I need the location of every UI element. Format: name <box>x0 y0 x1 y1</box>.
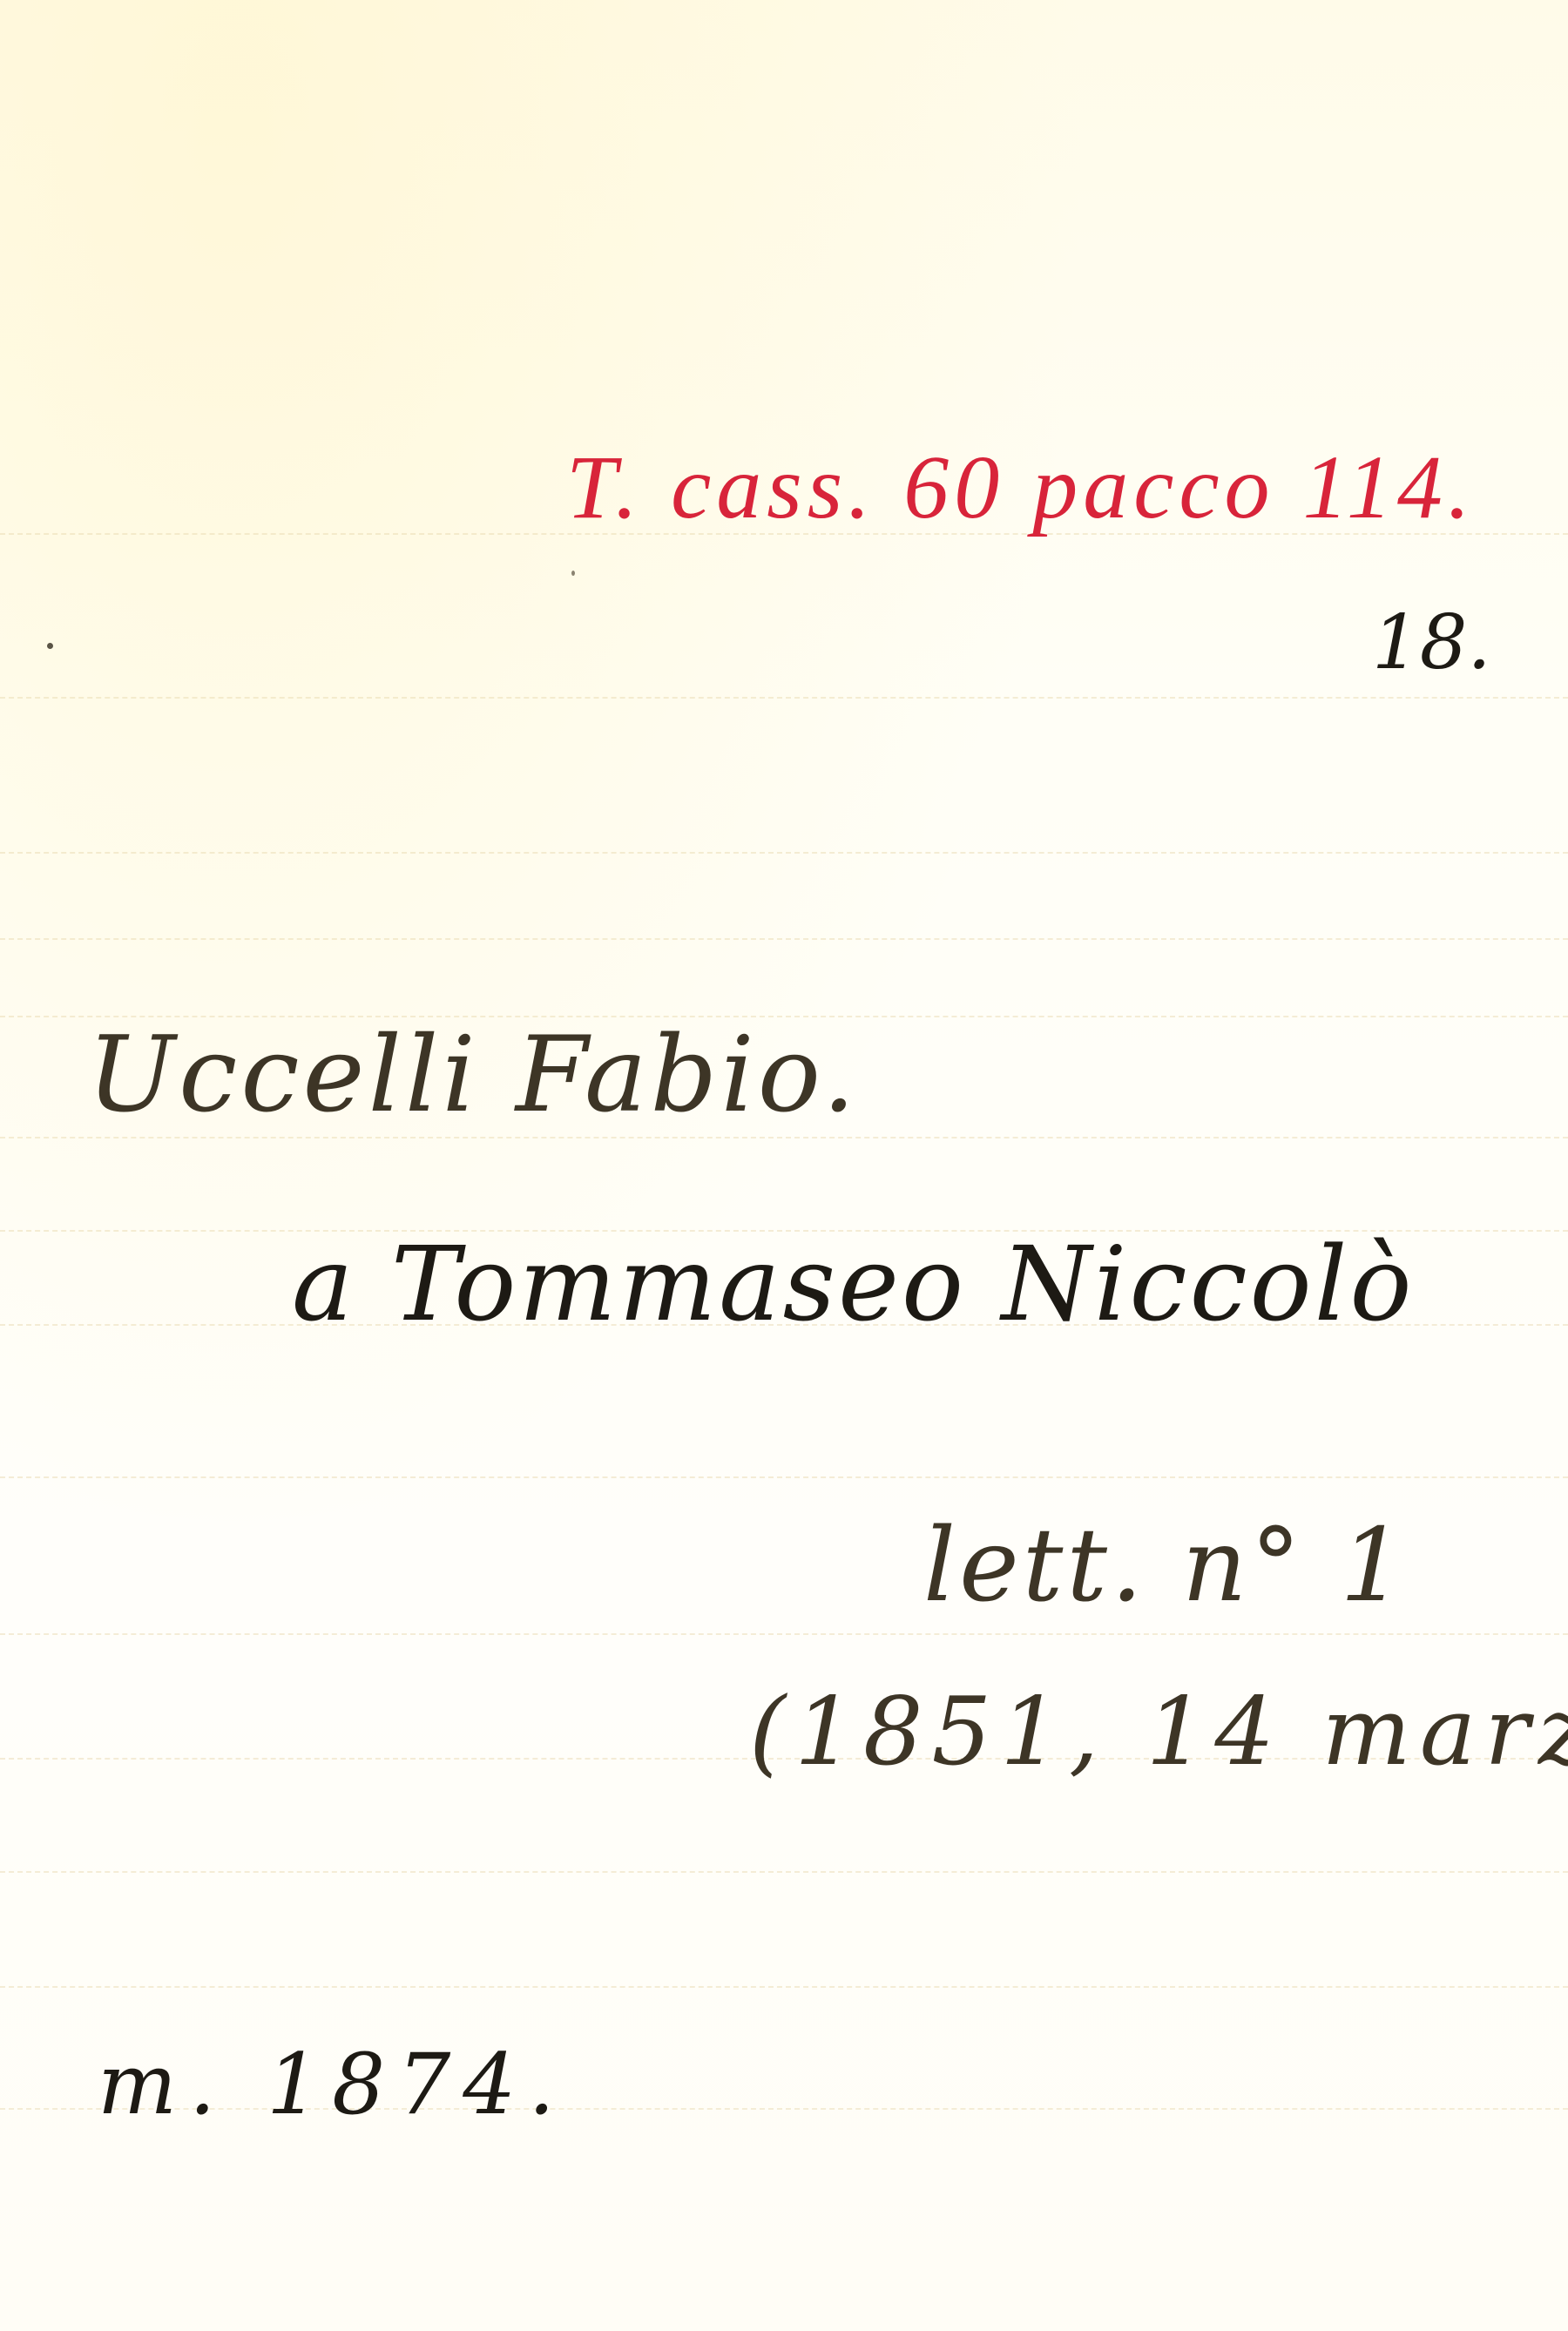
ruled-line <box>0 697 1568 699</box>
ruled-line <box>0 938 1568 940</box>
ruled-line <box>0 1476 1568 1478</box>
ruled-line <box>0 852 1568 854</box>
ink-speck <box>47 643 53 649</box>
shelfmark-line: T. cass. 60 pacco 114. <box>566 443 1476 533</box>
death-note: m. 1874. <box>98 2043 567 2126</box>
letter-date: (1851, 14 marzo) <box>749 1686 1568 1780</box>
letter-count: lett. n° 1 <box>923 1516 1408 1617</box>
ruled-line <box>0 1986 1568 1988</box>
sender-name: Uccelli Fabio. <box>87 1024 859 1128</box>
index-card: T. cass. 60 pacco 114. 18. Uccelli Fabio… <box>0 0 1568 2331</box>
recipient-line: a Tommaseo Niccolò <box>292 1233 1415 1335</box>
ruled-line <box>0 1633 1568 1635</box>
ruled-line <box>0 1871 1568 1873</box>
ruled-line <box>0 1137 1568 1138</box>
ink-speck <box>571 571 575 576</box>
shelfmark-number: 18. <box>1372 605 1491 680</box>
